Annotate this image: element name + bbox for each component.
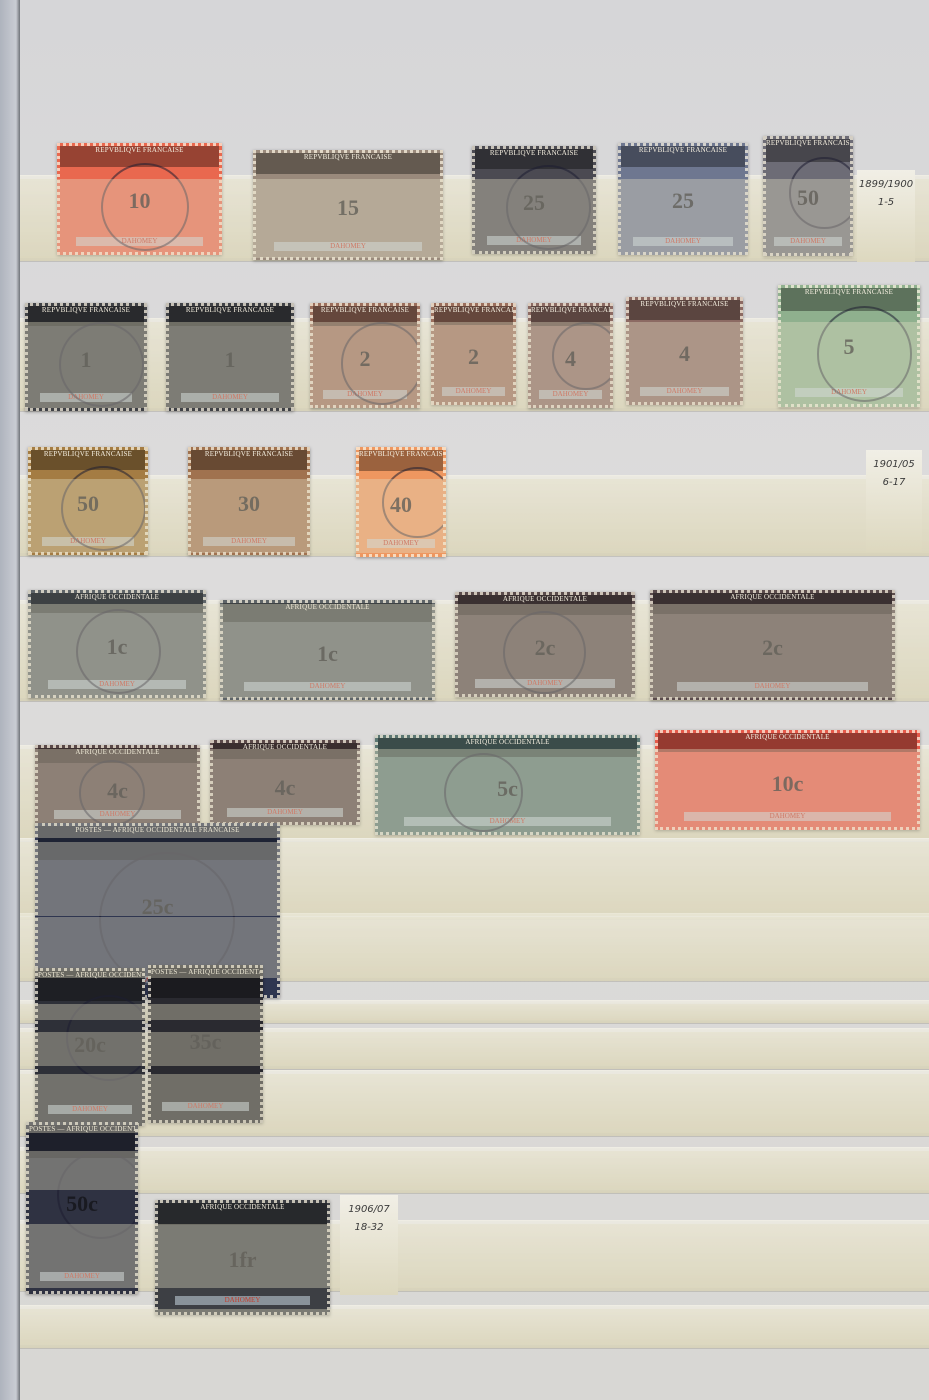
stamp-value: 25 [475,190,593,216]
stamp-value: 30 [191,491,307,517]
stamp-value: 40 [359,492,443,518]
stamp-value: 1c [223,641,432,667]
stamp-inscription: AFRIQUE OCCIDENTALE [658,733,917,752]
stamp-country: DAHOMEY [684,812,891,821]
stamp-value: 2c [458,635,632,661]
stamp-country: DAHOMEY [181,393,279,402]
stamp-country: DAHOMEY [274,242,421,251]
stamp: REPVBLIQVE FRANCAISE5DAHOMEY [778,285,920,407]
stamp: AFRIQUE OCCIDENTALE4cDAHOMEY [35,745,200,827]
stamp-inscription: REPVBLIQVE FRANCAISE [621,146,745,167]
glassine-strip [20,1147,929,1193]
stamp-inscription: REPVBLIQVE FRANCAISE [60,146,219,167]
note-years: 1906/07 [340,1201,398,1219]
stamp-country: DAHOMEY [244,682,411,691]
stamp-country: DAHOMEY [54,810,181,819]
stamp-country: DAHOMEY [48,680,186,689]
stamp-country: DAHOMEY [76,237,203,246]
stamp-inscription: REPVBLIQVE FRANCAISE [169,306,291,326]
note-years: 1901/05 [866,456,922,474]
stamp-value: 1 [28,347,144,373]
stamp-value: 50 [766,185,850,211]
stamp-inscription: AFRIQUE OCCIDENTALE [458,595,632,615]
stamp-inscription: REPVBLIQVE FRANCAISE [191,450,307,470]
stamp-inscription: POSTES — AFRIQUE OCCIDENTALE FRANCAISE [38,971,142,1001]
stamp-country: DAHOMEY [442,387,505,396]
stamp-country: DAHOMEY [42,537,133,546]
stamp-inscription: AFRIQUE OCCIDENTALE [378,738,637,757]
stamp: POSTES — AFRIQUE OCCIDENTALE FRANCAISE50… [26,1122,138,1294]
stamp: AFRIQUE OCCIDENTALE5cDAHOMEY [375,735,640,835]
stamp-country: DAHOMEY [795,388,904,397]
stamp-value: 10c [658,771,917,797]
stamp: AFRIQUE OCCIDENTALE1cDAHOMEY [28,590,206,698]
stamp-value: 50c [29,1191,135,1217]
album-binding-edge [0,0,20,1400]
stamp-country: DAHOMEY [48,1105,131,1114]
stamp-country: DAHOMEY [774,237,841,246]
stamp-country: DAHOMEY [539,390,602,399]
stamp-inscription: REPVBLIQVE FRANCAISE [256,153,440,174]
stamp-inscription: REPVBLIQVE FRANCAISE [781,288,917,311]
stamp: REPVBLIQVE FRANCAISE1DAHOMEY [25,303,147,411]
stamp-value: 5 [781,334,917,360]
stamp-country: DAHOMEY [162,1102,249,1111]
note-catalog-range: 18-32 [340,1219,398,1237]
stamp: REPVBLIQVE FRANCAISE10DAHOMEY [57,143,222,255]
stamp-inscription: REPVBLIQVE FRANCAISE [359,450,443,471]
stamp: REPVBLIQVE FRANCAISE25DAHOMEY [618,143,748,255]
stamp-country: DAHOMEY [677,682,868,691]
stamp: REPVBLIQVE FRANCAISE25DAHOMEY [472,146,596,254]
stamp-inscription: AFRIQUE OCCIDENTALE [223,603,432,622]
stamp: AFRIQUE OCCIDENTALE1cDAHOMEY [220,600,435,700]
stamp-inscription: REPVBLIQVE FRANCAISE [531,306,610,326]
stamp-value: 5c [378,776,637,802]
album-page: REPVBLIQVE FRANCAISE10DAHOMEYREPVBLIQVE … [0,0,929,1400]
stamp-value: 1c [31,634,203,660]
handwritten-note: 1899/19001-5 [857,170,915,262]
stamp-country: DAHOMEY [227,808,342,817]
stamp-country: DAHOMEY [203,537,296,546]
stamp-inscription: AFRIQUE OCCIDENTALE [158,1203,327,1225]
stamp-country: DAHOMEY [404,817,611,826]
stamp-value: 2c [653,635,892,661]
stamp: AFRIQUE OCCIDENTALE10cDAHOMEY [655,730,920,830]
stamp: REPVBLIQVE FRANCAISE2DAHOMEY [431,303,516,405]
stamp-inscription: POSTES — AFRIQUE OCCIDENTALE FRANCAISE [151,968,260,998]
stamp: REPVBLIQVE FRANCAISE2DAHOMEY [310,303,420,408]
stamp-inscription: REPVBLIQVE FRANCAISE [28,306,144,326]
stamp: POSTES — AFRIQUE OCCIDENTALE FRANCAISE20… [35,968,145,1126]
stamp-inscription: REPVBLIQVE FRANCAISE [475,149,593,169]
stamp: POSTES — AFRIQUE OCCIDENTALE FRANCAISE35… [148,965,263,1123]
stamp-inscription: AFRIQUE OCCIDENTALE [213,743,357,759]
stamp: REPVBLIQVE FRANCAISE1DAHOMEY [166,303,294,411]
stamp-inscription: REPVBLIQVE FRANCAISE [629,300,740,320]
stamp-inscription: REPVBLIQVE FRANCAISE [31,450,145,470]
stamp-inscription: REPVBLIQVE FRANCAISE [313,306,417,326]
stamp-value: 1 [169,347,291,373]
stamp-inscription: REPVBLIQVE FRANCAISE [434,306,513,325]
stamp: AFRIQUE OCCIDENTALE2cDAHOMEY [455,592,635,697]
stamp: REPVBLIQVE FRANCAISE40DAHOMEY [356,447,446,557]
stamp: REPVBLIQVE FRANCAISE4DAHOMEY [626,297,743,405]
stamp-value: 50 [31,491,145,517]
stamp-country: DAHOMEY [40,393,133,402]
stamp-inscription: AFRIQUE OCCIDENTALE [653,593,892,614]
stamp: REPVBLIQVE FRANCAISE30DAHOMEY [188,447,310,555]
glassine-strip [20,475,929,556]
stamp-country: DAHOMEY [475,679,614,688]
stamp-country: DAHOMEY [40,1272,125,1281]
stamp-value: 25c [38,894,277,920]
stamp-country: DAHOMEY [633,237,732,246]
stamp-value: 4c [38,778,197,804]
stamp-country: DAHOMEY [487,236,581,245]
handwritten-note: 1906/0718-32 [340,1195,398,1295]
stamp-value: 25 [621,188,745,214]
stamp-value: 20c [38,1032,142,1058]
stamp-value: 35c [151,1029,260,1055]
stamp-value: 1fr [158,1247,327,1273]
stamp: AFRIQUE OCCIDENTALE2cDAHOMEY [650,590,895,700]
stamp-inscription: AFRIQUE OCCIDENTALE [31,593,203,613]
note-catalog-range: 6-17 [866,474,922,492]
stamp: AFRIQUE OCCIDENTALE1frDAHOMEY [155,1200,330,1315]
note-catalog-range: 1-5 [857,194,915,212]
stamp-inscription: REPVBLIQVE FRANCAISE [766,139,850,162]
stamp-value: 4 [531,346,610,372]
stamp-value: 4c [213,775,357,801]
stamp: REPVBLIQVE FRANCAISE15DAHOMEY [253,150,443,260]
stamp-inscription: POSTES — AFRIQUE OCCIDENTALE FRANCAISE [29,1125,135,1158]
stamp-value: 10 [60,188,219,214]
stamp-country: DAHOMEY [175,1296,310,1305]
stamp: REPVBLIQVE FRANCAISE4DAHOMEY [528,303,613,408]
stamp-value: 2 [434,344,513,370]
stamp-value: 2 [313,346,417,372]
stamp-inscription: POSTES — AFRIQUE OCCIDENTALE FRANCAISE [38,826,277,860]
stamp-country: DAHOMEY [323,390,406,399]
stamp-inscription: AFRIQUE OCCIDENTALE [38,748,197,763]
stamp: AFRIQUE OCCIDENTALE4cDAHOMEY [210,740,360,825]
stamp: REPVBLIQVE FRANCAISE50DAHOMEY [28,447,148,555]
stamp-country: DAHOMEY [367,539,434,548]
stamp-country: DAHOMEY [640,387,729,396]
note-years: 1899/1900 [857,176,915,194]
stamp: REPVBLIQVE FRANCAISE50DAHOMEY [763,136,853,256]
stamp-value: 15 [256,195,440,221]
handwritten-note: 1901/056-17 [866,450,922,552]
stamp-value: 4 [629,341,740,367]
